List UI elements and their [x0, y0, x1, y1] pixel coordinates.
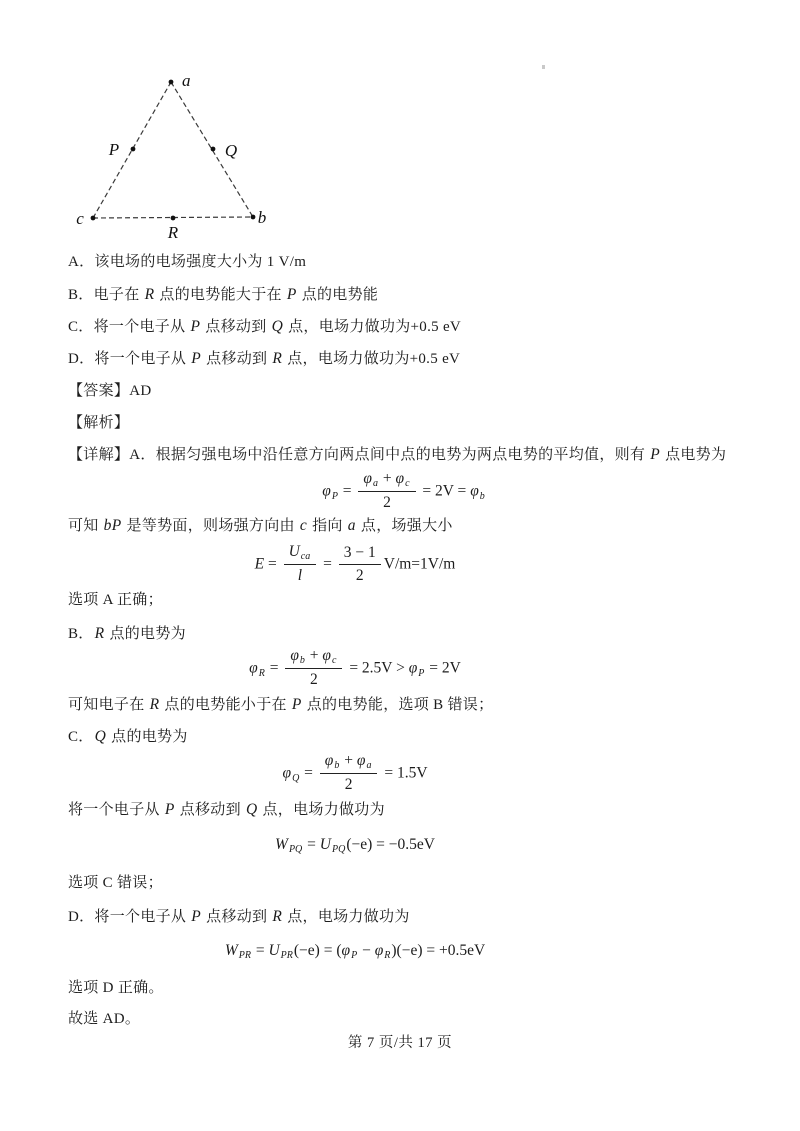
text-segment: 点移动到 — [176, 802, 245, 818]
math-text: + — [340, 752, 357, 769]
final-choice-line: 故选 AD。 — [68, 1009, 742, 1029]
text-segment: 点，电场力做功为+0.5 eV — [284, 319, 461, 335]
math-subscript: P — [418, 668, 424, 679]
text-segment: 点的电势能 — [298, 287, 379, 303]
point-c-dot — [91, 216, 96, 221]
math-variable: U — [268, 942, 279, 959]
math-text: = 1.5V — [380, 765, 427, 782]
option-a: A．该电场的电场强度大小为 1 V/m — [68, 252, 742, 272]
math-text: + — [379, 470, 396, 487]
math-text: 2 — [356, 567, 364, 584]
variable-text: Q — [94, 728, 108, 745]
math-subscript: PQ — [332, 844, 345, 855]
formula-phi-r: φR = φb + φc2 = 2.5V > φP = 2V — [68, 648, 642, 690]
text-segment: C．将一个电子从 — [68, 319, 189, 335]
detail-a-line: 【详解】A．根据匀强电场中沿任意方向两点间中点的电势为两点电势的平均值，则有 P… — [68, 445, 742, 465]
math-variable: φ — [322, 647, 331, 664]
fraction-denominator: 2 — [320, 774, 378, 794]
math-subscript: P — [332, 491, 338, 502]
conclusion-b-line: 可知电子在 R 点的电势能小于在 P 点的电势能，选项 B 错误； — [68, 695, 742, 715]
label-P: P — [108, 140, 119, 159]
text-segment: 是等势面，则场强方向由 — [122, 518, 298, 534]
verdict-a-line: 选项 A 正确； — [68, 590, 742, 610]
formula-phi-q: φQ = φb + φa2 = 1.5V — [68, 753, 642, 795]
variable-text: P — [286, 286, 298, 303]
variable-text: Q — [245, 801, 259, 818]
formula-work-pq: WPQ = UPQ(−e) = −0.5eV — [68, 836, 642, 855]
text-segment: C． — [68, 729, 94, 745]
formula-phi-p: φP = φa + φc2 = 2V = φb — [68, 471, 740, 513]
math-variable: U — [320, 836, 331, 853]
label-b: b — [258, 208, 267, 227]
option-c: C．将一个电子从 P 点移动到 Q 点，电场力做功为+0.5 eV — [68, 317, 742, 337]
variable-text: R — [94, 625, 106, 642]
text-segment: 点的电势能大于在 — [155, 287, 286, 303]
math-text: = — [252, 942, 269, 959]
math-variable: φ — [375, 942, 384, 959]
text-segment: 点电势为 — [661, 447, 726, 463]
math-text: = 2V — [425, 660, 460, 677]
math-subscript: Q — [292, 773, 299, 784]
variable-text: P — [164, 801, 176, 818]
fraction-denominator: l — [284, 565, 317, 585]
math-subscript: b — [300, 655, 305, 666]
text-segment: D．将一个电子从 — [68, 909, 190, 925]
math-subscript: c — [405, 478, 409, 489]
verdict-d-line: 选项 D 正确。 — [68, 978, 742, 998]
math-variable: φ — [363, 470, 372, 487]
variable-text: R — [271, 908, 283, 925]
text-segment: 指向 — [308, 518, 347, 534]
text-segment: 选项 D 正确。 — [68, 980, 164, 996]
variable-text: P — [190, 350, 202, 367]
math-variable: φ — [409, 660, 418, 677]
math-text: (−e) = −0.5eV — [346, 836, 435, 853]
document-page: a P Q c b R A．该电场的电场强度大小为 1 V/m B．电子在 R … — [0, 0, 800, 1131]
point-Q-dot — [211, 147, 216, 152]
page-footer: 第 7 页/共 17 页 — [0, 1031, 800, 1052]
option-b: B．电子在 R 点的电势能大于在 P 点的电势能 — [68, 285, 742, 305]
point-P-dot — [131, 147, 136, 152]
fraction: φb + φc2 — [285, 647, 342, 689]
math-variable: l — [298, 567, 302, 584]
math-variable: φ — [282, 765, 291, 782]
fraction-numerator: 3 − 1 — [339, 544, 381, 565]
math-text: 2 — [310, 671, 318, 688]
text-segment: B．电子在 — [68, 287, 144, 303]
math-text: 2 — [345, 776, 353, 793]
math-variable: φ — [470, 483, 479, 500]
math-text: = — [339, 483, 356, 500]
text-segment: 点，电场力做功为+0.5 eV — [283, 351, 460, 367]
option-d: D．将一个电子从 P 点移动到 R 点，电场力做功为+0.5 eV — [68, 349, 742, 369]
math-variable: φ — [290, 647, 299, 664]
label-R: R — [167, 223, 179, 242]
variable-text: bP — [103, 517, 123, 534]
label-Q: Q — [225, 141, 237, 160]
fraction-numerator: φa + φc — [358, 470, 415, 492]
text-segment: A．该电场的电场强度大小为 1 V/m — [68, 254, 306, 270]
math-variable: W — [225, 942, 238, 959]
variable-text: P — [189, 318, 201, 335]
text-segment: 【解析】 — [68, 415, 129, 431]
point-R-dot — [171, 216, 176, 221]
math-subscript: c — [332, 655, 336, 666]
fraction-numerator: φb + φa — [320, 752, 378, 774]
math-subscript: PR — [239, 950, 251, 961]
label-a: a — [182, 71, 191, 90]
math-text: = — [264, 556, 281, 573]
math-subscript: PQ — [289, 844, 302, 855]
math-text: 2 — [383, 494, 391, 511]
text-segment: B． — [68, 626, 94, 642]
fraction-denominator: 2 — [339, 565, 381, 585]
detail-c-line: C．Q 点的电势为 — [68, 727, 742, 747]
text-segment: 点的电势为 — [105, 626, 186, 642]
text-segment: 选项 A 正确； — [68, 592, 163, 608]
formula-field-e: E = Ucal = 3 − 12V/m=1V/m — [68, 544, 642, 586]
variable-text: c — [299, 517, 308, 534]
math-text: V/m=1V/m — [384, 556, 456, 573]
math-subscript: PR — [281, 950, 293, 961]
text-segment: 点移动到 — [202, 351, 271, 367]
text-segment: 点移动到 — [201, 319, 270, 335]
text-segment: 【答案】AD — [68, 383, 151, 399]
math-variable: φ — [325, 752, 334, 769]
math-variable: U — [289, 543, 300, 560]
math-text: )(−e) = +0.5eV — [391, 942, 485, 959]
math-text: (−e) = ( — [294, 942, 342, 959]
math-variable: φ — [396, 470, 405, 487]
text-segment: 故选 AD。 — [68, 1011, 140, 1027]
detail-b-line: B．R 点的电势为 — [68, 624, 742, 644]
math-text: + — [306, 647, 323, 664]
math-variable: φ — [322, 483, 331, 500]
scan-artifact — [542, 65, 545, 69]
fraction: φb + φa2 — [320, 752, 378, 794]
variable-text: R — [149, 696, 161, 713]
equipotential-line: 可知 bP 是等势面，则场强方向由 c 指向 a 点，场强大小 — [68, 516, 742, 536]
move-pq-line: 将一个电子从 P 点移动到 Q 点，电场力做功为 — [68, 800, 742, 820]
math-text: = — [319, 556, 336, 573]
variable-text: a — [347, 517, 357, 534]
math-subscript: a — [373, 478, 378, 489]
text-segment: 点移动到 — [202, 909, 271, 925]
math-variable: φ — [249, 660, 258, 677]
point-a-dot — [169, 80, 174, 85]
math-subscript: b — [480, 491, 485, 502]
variable-text: R — [271, 350, 283, 367]
text-segment: 点，电场力做功为 — [283, 909, 409, 925]
math-text: 3 − 1 — [344, 544, 376, 561]
fraction-numerator: Uca — [284, 543, 317, 565]
variable-text: P — [291, 696, 303, 713]
text-segment: 点，电场力做功为 — [258, 802, 384, 818]
fraction: Ucal — [284, 543, 317, 585]
point-b-dot — [251, 215, 256, 220]
math-variable: φ — [357, 752, 366, 769]
text-segment: 可知 — [68, 518, 103, 534]
math-subscript: P — [351, 950, 357, 961]
math-subscript: R — [384, 950, 390, 961]
fraction: φa + φc2 — [358, 470, 415, 512]
text-segment: 点的电势能小于在 — [160, 697, 291, 713]
variable-text: P — [649, 446, 661, 463]
text-segment: 点的电势为 — [107, 729, 188, 745]
text-segment: 可知电子在 — [68, 697, 149, 713]
detail-d-line: D．将一个电子从 P 点移动到 R 点，电场力做功为 — [68, 907, 742, 927]
text-segment: 选项 C 错误； — [68, 875, 163, 891]
math-text: = — [303, 836, 320, 853]
math-text: − — [358, 942, 375, 959]
answer-line: 【答案】AD — [68, 381, 742, 401]
math-text: = 2.5V > — [345, 660, 408, 677]
math-text: = 2V = — [419, 483, 471, 500]
fraction-denominator: 2 — [358, 492, 415, 512]
text-segment: D．将一个电子从 — [68, 351, 190, 367]
fraction-numerator: φb + φc — [285, 647, 342, 669]
math-variable: φ — [342, 942, 351, 959]
variable-text: P — [190, 908, 202, 925]
analysis-label: 【解析】 — [68, 413, 742, 433]
variable-text: Q — [271, 318, 285, 335]
verdict-c-line: 选项 C 错误； — [68, 873, 742, 893]
text-segment: 点，场强大小 — [357, 518, 453, 534]
variable-text: R — [144, 286, 156, 303]
math-text: = — [266, 660, 283, 677]
math-subscript: a — [366, 760, 371, 771]
text-segment: 点的电势能，选项 B 错误； — [303, 697, 494, 713]
text-segment: 将一个电子从 — [68, 802, 164, 818]
fraction-denominator: 2 — [285, 669, 342, 689]
formula-work-pr: WPR = UPR(−e) = (φP − φR)(−e) = +0.5eV — [68, 942, 642, 961]
text-segment: 【详解】A．根据匀强电场中沿任意方向两点间中点的电势为两点电势的平均值，则有 — [68, 447, 649, 463]
math-variable: E — [255, 556, 264, 573]
math-text: = — [300, 765, 317, 782]
fraction: 3 − 12 — [339, 544, 381, 585]
triangle-field-figure: a P Q c b R — [70, 55, 300, 255]
label-c: c — [76, 209, 84, 228]
math-variable: W — [275, 836, 288, 853]
math-subscript: ca — [301, 551, 310, 562]
math-subscript: R — [259, 668, 265, 679]
math-subscript: b — [334, 760, 339, 771]
